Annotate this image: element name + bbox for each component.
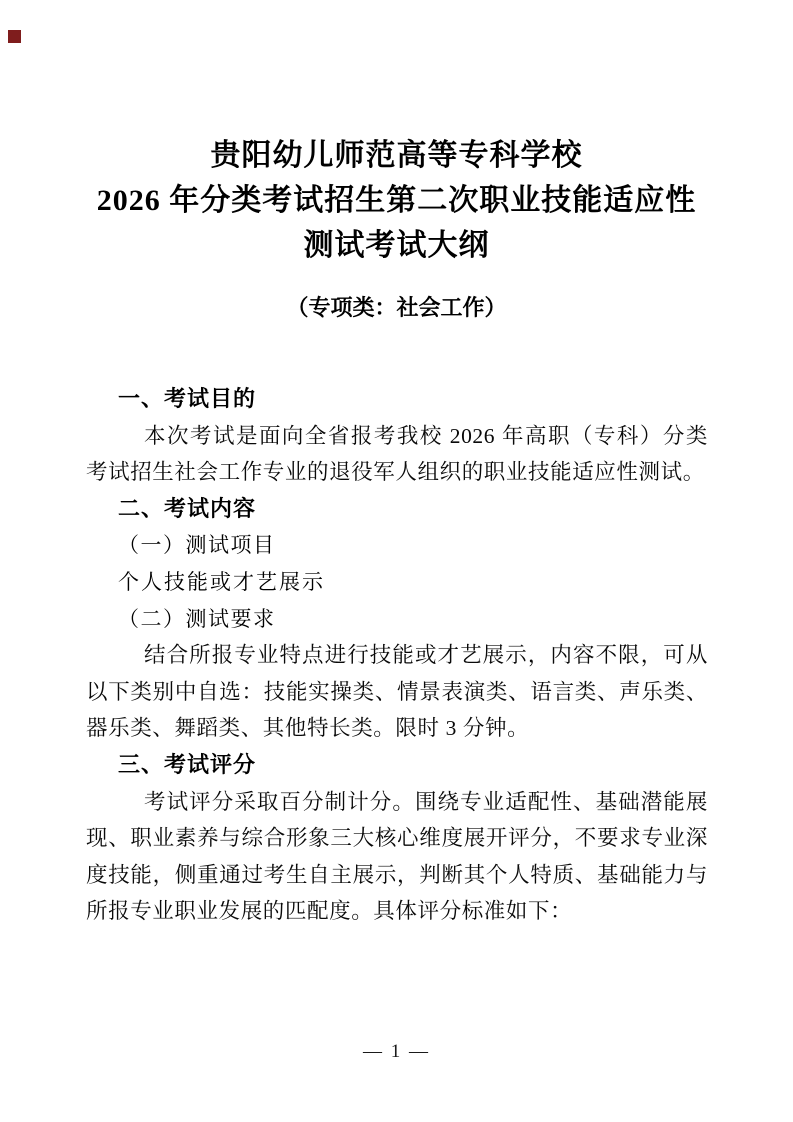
section-heading-exam-content: 二、考试内容 <box>86 491 708 528</box>
paragraph-exam-scoring: 考试评分采取百分制计分。围绕专业适配性、基础潜能展现、职业素养与综合形象三大核心… <box>86 784 708 930</box>
subheading-test-requirements: （二）测试要求 <box>86 601 708 638</box>
title-line-3: 测试考试大纲 <box>0 223 793 268</box>
document-subtitle: （专项类：社会工作） <box>0 293 793 323</box>
section-heading-exam-scoring: 三、考试评分 <box>86 747 708 784</box>
page-number: — 1 — <box>0 1038 793 1066</box>
paragraph-test-requirements: 结合所报专业特点进行技能或才艺展示，内容不限，可从以下类别中自选：技能实操类、情… <box>86 637 708 747</box>
corner-mark <box>8 30 21 43</box>
document-title: 贵阳幼儿师范高等专科学校 2026 年分类考试招生第二次职业技能适应性 测试考试… <box>0 133 793 268</box>
section-heading-exam-purpose: 一、考试目的 <box>86 381 708 418</box>
title-line-2: 2026 年分类考试招生第二次职业技能适应性 <box>0 178 793 223</box>
document-body: 一、考试目的 本次考试是面向全省报考我校 2026 年高职（专科）分类考试招生社… <box>86 381 708 930</box>
title-line-1: 贵阳幼儿师范高等专科学校 <box>0 133 793 178</box>
document-page: 贵阳幼儿师范高等专科学校 2026 年分类考试招生第二次职业技能适应性 测试考试… <box>0 0 793 1122</box>
paragraph-exam-purpose: 本次考试是面向全省报考我校 2026 年高职（专科）分类考试招生社会工作专业的退… <box>86 418 708 491</box>
text-test-item-value: 个人技能或才艺展示 <box>86 564 708 601</box>
subheading-test-item: （一）测试项目 <box>86 527 708 564</box>
